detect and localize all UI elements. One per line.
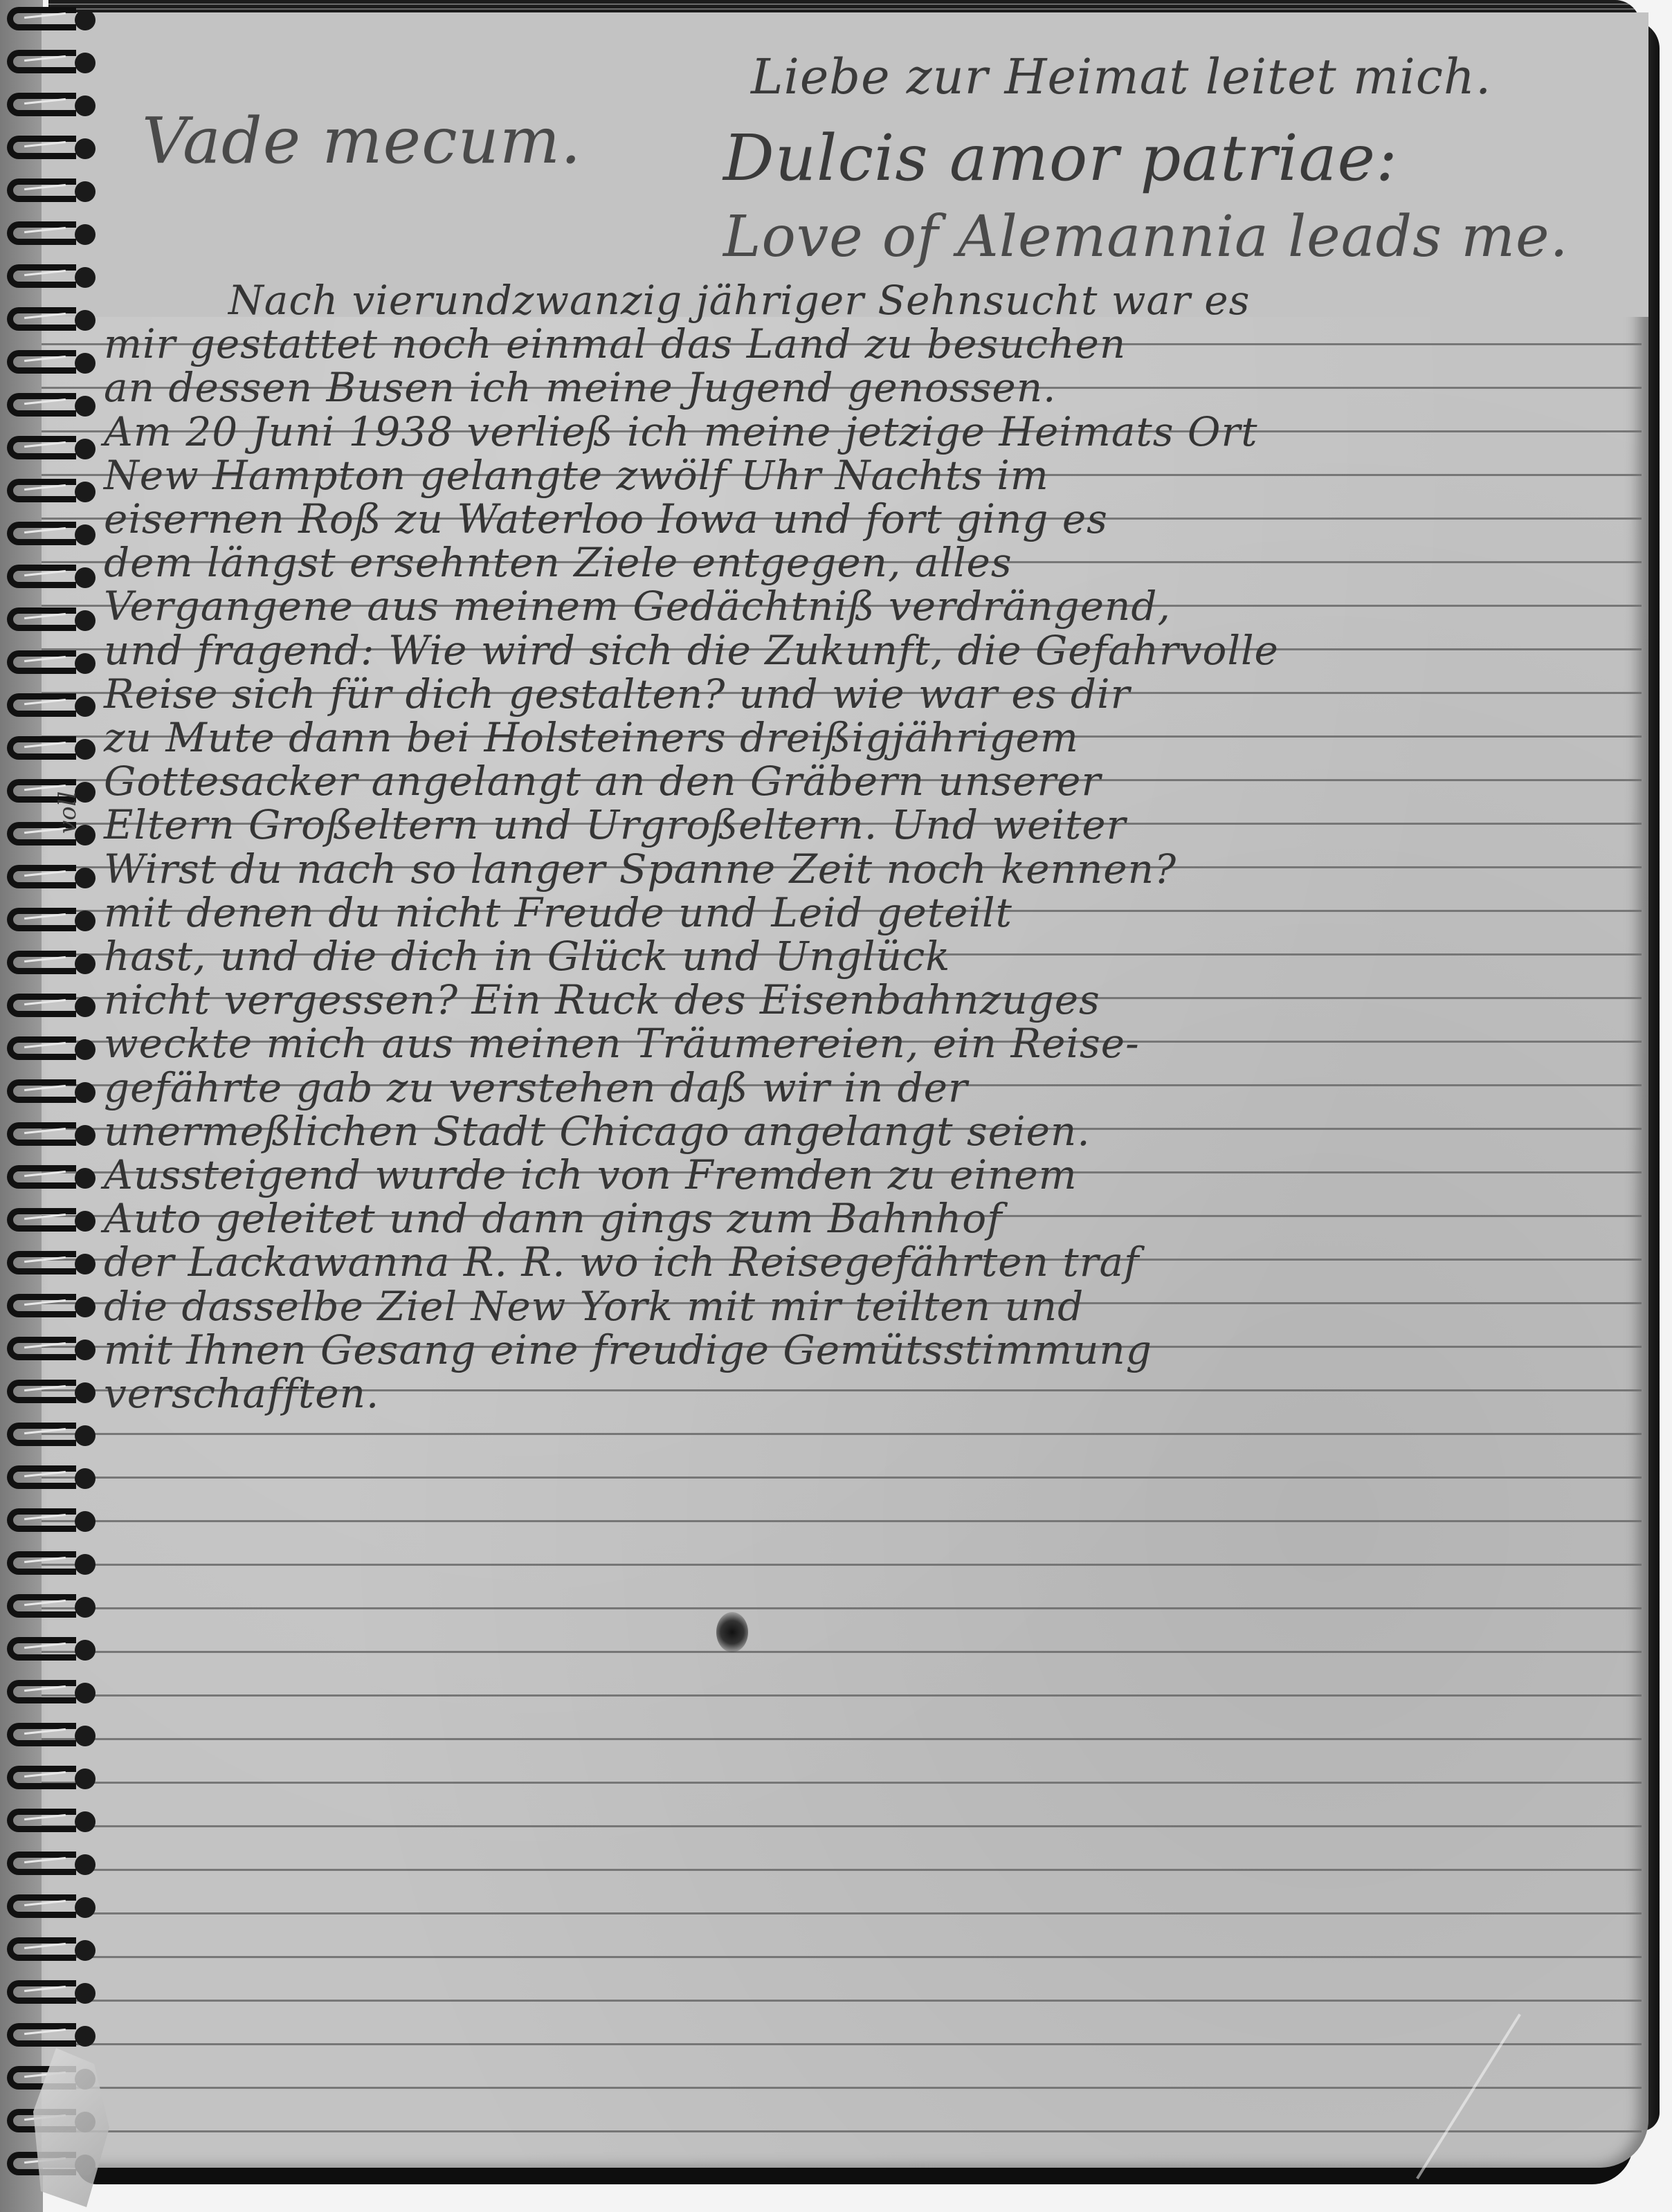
spiral-coil	[7, 607, 76, 631]
spiral-coil	[7, 1809, 76, 1832]
ink-blot	[716, 1612, 748, 1652]
spiral-coil	[7, 1251, 76, 1274]
body-line: und fragend: Wie wird sich die Zukunft, …	[104, 627, 1279, 674]
punch-hole	[75, 310, 96, 331]
spiral-coil	[7, 264, 76, 288]
spiral-coil	[7, 136, 76, 159]
punch-hole	[75, 1940, 96, 1961]
spiral-coil	[7, 179, 76, 202]
body-line: mit Ihnen Gesang eine freudige Gemütssti…	[104, 1326, 1152, 1373]
body-line: unermeßlichen Stadt Chicago angelangt se…	[104, 1108, 1091, 1155]
punch-hole	[75, 1726, 96, 1746]
spiral-coil	[7, 908, 76, 931]
spiral-coil	[7, 1423, 76, 1446]
body-line: Vergangene aus meinem Gedächtniß verdrän…	[104, 583, 1171, 630]
punch-hole	[75, 1511, 96, 1532]
body-line: New Hampton gelangte zwölf Uhr Nachts im	[104, 452, 1049, 499]
body-line: mir gestattet noch einmal das Land zu be…	[104, 320, 1126, 367]
punch-hole	[75, 1082, 96, 1103]
spiral-coil	[7, 7, 76, 30]
punch-hole	[75, 482, 96, 502]
punch-hole	[75, 267, 96, 288]
punch-hole	[75, 95, 96, 116]
punch-hole	[75, 439, 96, 459]
punch-hole	[75, 1854, 96, 1875]
spiral-coil	[7, 1937, 76, 1961]
spiral-coil	[7, 1680, 76, 1703]
punch-hole	[75, 1554, 96, 1575]
spiral-coil	[7, 2023, 76, 2047]
spiral-coil	[7, 436, 76, 459]
punch-hole	[75, 653, 96, 674]
punch-hole	[75, 953, 96, 974]
body-line: Am 20 Juni 1938 verließ ich meine jetzig…	[104, 408, 1258, 455]
punch-hole	[75, 224, 96, 245]
punch-hole	[75, 524, 96, 545]
body-line: Gottesacker angelangt an den Gräbern uns…	[104, 758, 1101, 805]
spiral-coil	[7, 1122, 76, 1146]
punch-hole	[75, 1683, 96, 1703]
body-line: die dasselbe Ziel New York mit mir teilt…	[104, 1283, 1084, 1330]
punch-hole	[75, 1811, 96, 1832]
spiral-coil	[7, 1637, 76, 1661]
punch-hole	[75, 1039, 96, 1060]
punch-hole	[75, 1640, 96, 1661]
body-line: nicht vergessen? Ein Ruck des Eisenbahnz…	[104, 976, 1100, 1023]
punch-hole	[75, 53, 96, 73]
punch-hole	[75, 1340, 96, 1360]
punch-hole	[75, 1983, 96, 2004]
body-line: Wirst du nach so langer Spanne Zeit noch…	[104, 846, 1176, 893]
spiral-coil	[7, 650, 76, 674]
body-line: weckte mich aus meinen Träumereien, ein …	[104, 1020, 1140, 1067]
spiral-coil	[7, 1894, 76, 1918]
body-line: Nach vierundzwanzig jähriger Sehnsucht w…	[228, 277, 1250, 324]
spiral-coil	[7, 221, 76, 245]
heading-line-1: Liebe zur Heimat leitet mich.	[751, 48, 1491, 105]
spiral-coil	[7, 350, 76, 374]
punch-hole	[75, 739, 96, 760]
spiral-coil	[7, 1079, 76, 1103]
spiral-coil	[7, 1723, 76, 1746]
heading-vade-mecum: Vade mecum.	[142, 104, 581, 178]
punch-hole	[75, 396, 96, 417]
body-line: an dessen Busen ich meine Jugend genosse…	[104, 364, 1056, 411]
spiral-coil	[7, 736, 76, 760]
punch-hole	[75, 1168, 96, 1189]
spiral-coil	[7, 1508, 76, 1532]
spiral-coil	[7, 1380, 76, 1403]
spiral-coil	[7, 479, 76, 502]
body-line: dem längst ersehnten Ziele entgegen, all…	[104, 539, 1012, 586]
spiral-coil	[7, 994, 76, 1017]
spiral-coil	[7, 307, 76, 331]
body-line: verschafften.	[104, 1370, 379, 1417]
punch-hole	[75, 1382, 96, 1403]
spiral-coil	[7, 1294, 76, 1317]
spiral-coil	[7, 1852, 76, 1875]
punch-hole	[75, 1297, 96, 1317]
spiral-coil	[7, 1980, 76, 2004]
body-line: eisernen Roß zu Waterloo Iowa und fort g…	[104, 495, 1108, 542]
spiral-binding	[4, 0, 94, 2212]
spiral-coil	[7, 865, 76, 888]
spiral-coil	[7, 393, 76, 417]
body-line: mit denen du nicht Freude und Leid getei…	[104, 889, 1012, 936]
punch-hole	[75, 1211, 96, 1232]
spiral-coil	[7, 1594, 76, 1618]
punch-hole	[75, 696, 96, 717]
spiral-coil	[7, 522, 76, 545]
punch-hole	[75, 1768, 96, 1789]
punch-hole	[75, 610, 96, 631]
punch-hole	[75, 911, 96, 931]
spiral-coil	[7, 1465, 76, 1489]
body-line: Auto geleitet und dann gings zum Bahnhof	[104, 1195, 1003, 1242]
spiral-coil	[7, 951, 76, 974]
punch-hole	[75, 868, 96, 888]
spiral-coil	[7, 1165, 76, 1189]
spiral-coil	[7, 1036, 76, 1060]
body-line: gefährte gab zu verstehen daß wir in der	[104, 1064, 968, 1111]
punch-hole	[75, 181, 96, 202]
punch-hole	[75, 1425, 96, 1446]
body-line: der Lackawanna R. R. wo ich Reisegefährt…	[104, 1238, 1140, 1286]
margin-annotation: voll	[54, 792, 82, 834]
body-line: Reise sich für dich gestalten? und wie w…	[104, 670, 1130, 717]
punch-hole	[75, 2026, 96, 2047]
punch-hole	[75, 996, 96, 1017]
spiral-coil	[7, 1337, 76, 1360]
punch-hole	[75, 1897, 96, 1918]
spiral-coil	[7, 565, 76, 588]
spiral-coil	[7, 693, 76, 717]
spiral-coil	[7, 93, 76, 116]
punch-hole	[75, 353, 96, 374]
punch-hole	[75, 1254, 96, 1274]
body-line: zu Mute dann bei Holsteiners dreißigjähr…	[104, 714, 1079, 761]
spiral-coil	[7, 1551, 76, 1575]
body-line: Aussteigend wurde ich von Fremden zu ein…	[104, 1151, 1078, 1198]
punch-hole	[75, 1125, 96, 1146]
punch-hole	[75, 10, 96, 30]
heading-line-3: Love of Alemannia leads me.	[723, 204, 1569, 270]
punch-hole	[75, 1597, 96, 1618]
punch-hole	[75, 567, 96, 588]
punch-hole	[75, 1468, 96, 1489]
spiral-coil	[7, 1766, 76, 1789]
body-line: Eltern Großeltern und Urgroßeltern. Und …	[104, 801, 1126, 848]
body-line: hast, und die dich in Glück und Unglück	[104, 933, 950, 980]
spiral-coil	[7, 1208, 76, 1232]
punch-hole	[75, 138, 96, 159]
spiral-coil	[7, 50, 76, 73]
heading-line-2: Dulcis amor patriae:	[723, 121, 1398, 195]
